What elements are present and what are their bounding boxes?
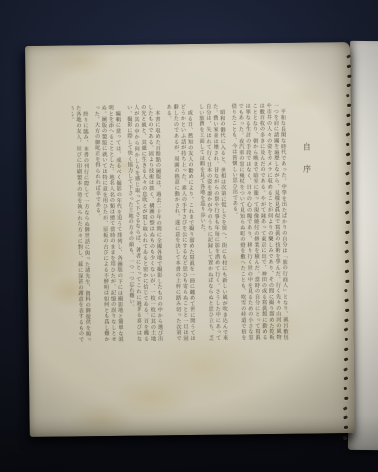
binding-stitch [343,435,347,439]
binding-stitch [345,201,349,205]
binding-stitch [344,318,348,322]
binding-stitch [346,113,350,117]
binding-stitch [343,416,347,420]
binding-stitch [344,396,348,399]
binding-stitch [344,347,348,351]
preface-paragraph: 終りに臨み、本書の刊行に際して一方ならぬ御世話に與った諸先生、資料の御提供を賜っ… [72,105,91,342]
binding-stitch [344,377,348,381]
preface-title: 自序 [300,142,313,234]
binding-stitch [345,240,349,244]
binding-stitch [346,152,350,156]
binding-stitch [345,338,348,341]
preface-paragraph: 昭和の御代に入ると、世相は次第に慌しさを加へ、街にも村にも新しい風が吹き込んで來… [197,104,228,341]
binding-stitch [347,64,351,68]
preface-text-block: 平和な長閑な時代であった。中學を出たばかりの自分は「旅の行商人」となり、風呂敷包… [72,103,289,343]
preface-paragraph: 編輯に當っては、成るべく撮影の年代を追うて排列し、各圖版の下には撮影地と簡單な説… [93,105,124,342]
binding-stitch [347,74,351,77]
binding-stitch [345,309,349,312]
binding-stitch [345,269,349,273]
binding-stitch [345,211,349,215]
preface-paragraph: 本書に収めた百餘點の圖版は、過去二十年の間に全國各地で撮影したものの中から選び出… [125,104,163,341]
binding-stitch [346,84,350,88]
preface-paragraph: 或る日、舊知の友人の勸めにより、これまで撮り溜めた寫眞を一冊に纏めて世に問うては… [165,104,196,341]
binding-stitch [344,357,348,361]
binding-stitch [345,133,349,137]
binding-stitch [346,142,350,146]
binding-stitch [344,328,348,332]
binding-stitch [346,191,349,194]
binding-stitch [346,123,350,127]
binding-stitch [346,55,350,59]
book-page: 自序 平和な長閑な時代であった。中學を出たばかりの自分は「旅の行商人」となり、風… [25,42,355,437]
binding-stitch [345,230,349,234]
book-photo: 自序 平和な長閑な時代であった。中學を出たばかりの自分は「旅の行商人」となり、風… [0,0,378,472]
binding-stitch [346,221,350,224]
binding-stitch [343,367,347,371]
binding-stitch [345,260,349,264]
binding-stitch [344,299,348,303]
binding-stitch [346,94,350,98]
binding-stitch [343,387,347,391]
binding-stitch [345,279,349,282]
binding-stitch [345,181,349,185]
binding-stitch [344,289,348,293]
binding-stitch [344,426,348,429]
binding-stitch [346,162,350,165]
binding-stitch [343,406,347,410]
binding-stitch [347,103,351,106]
binding-stitch [344,250,348,254]
binding-stitch [345,172,349,176]
preface-paragraph: 平和な長閑な時代であった。中學を出たばかりの自分は「旅の行商人」となり、風呂敷包… [230,103,289,341]
